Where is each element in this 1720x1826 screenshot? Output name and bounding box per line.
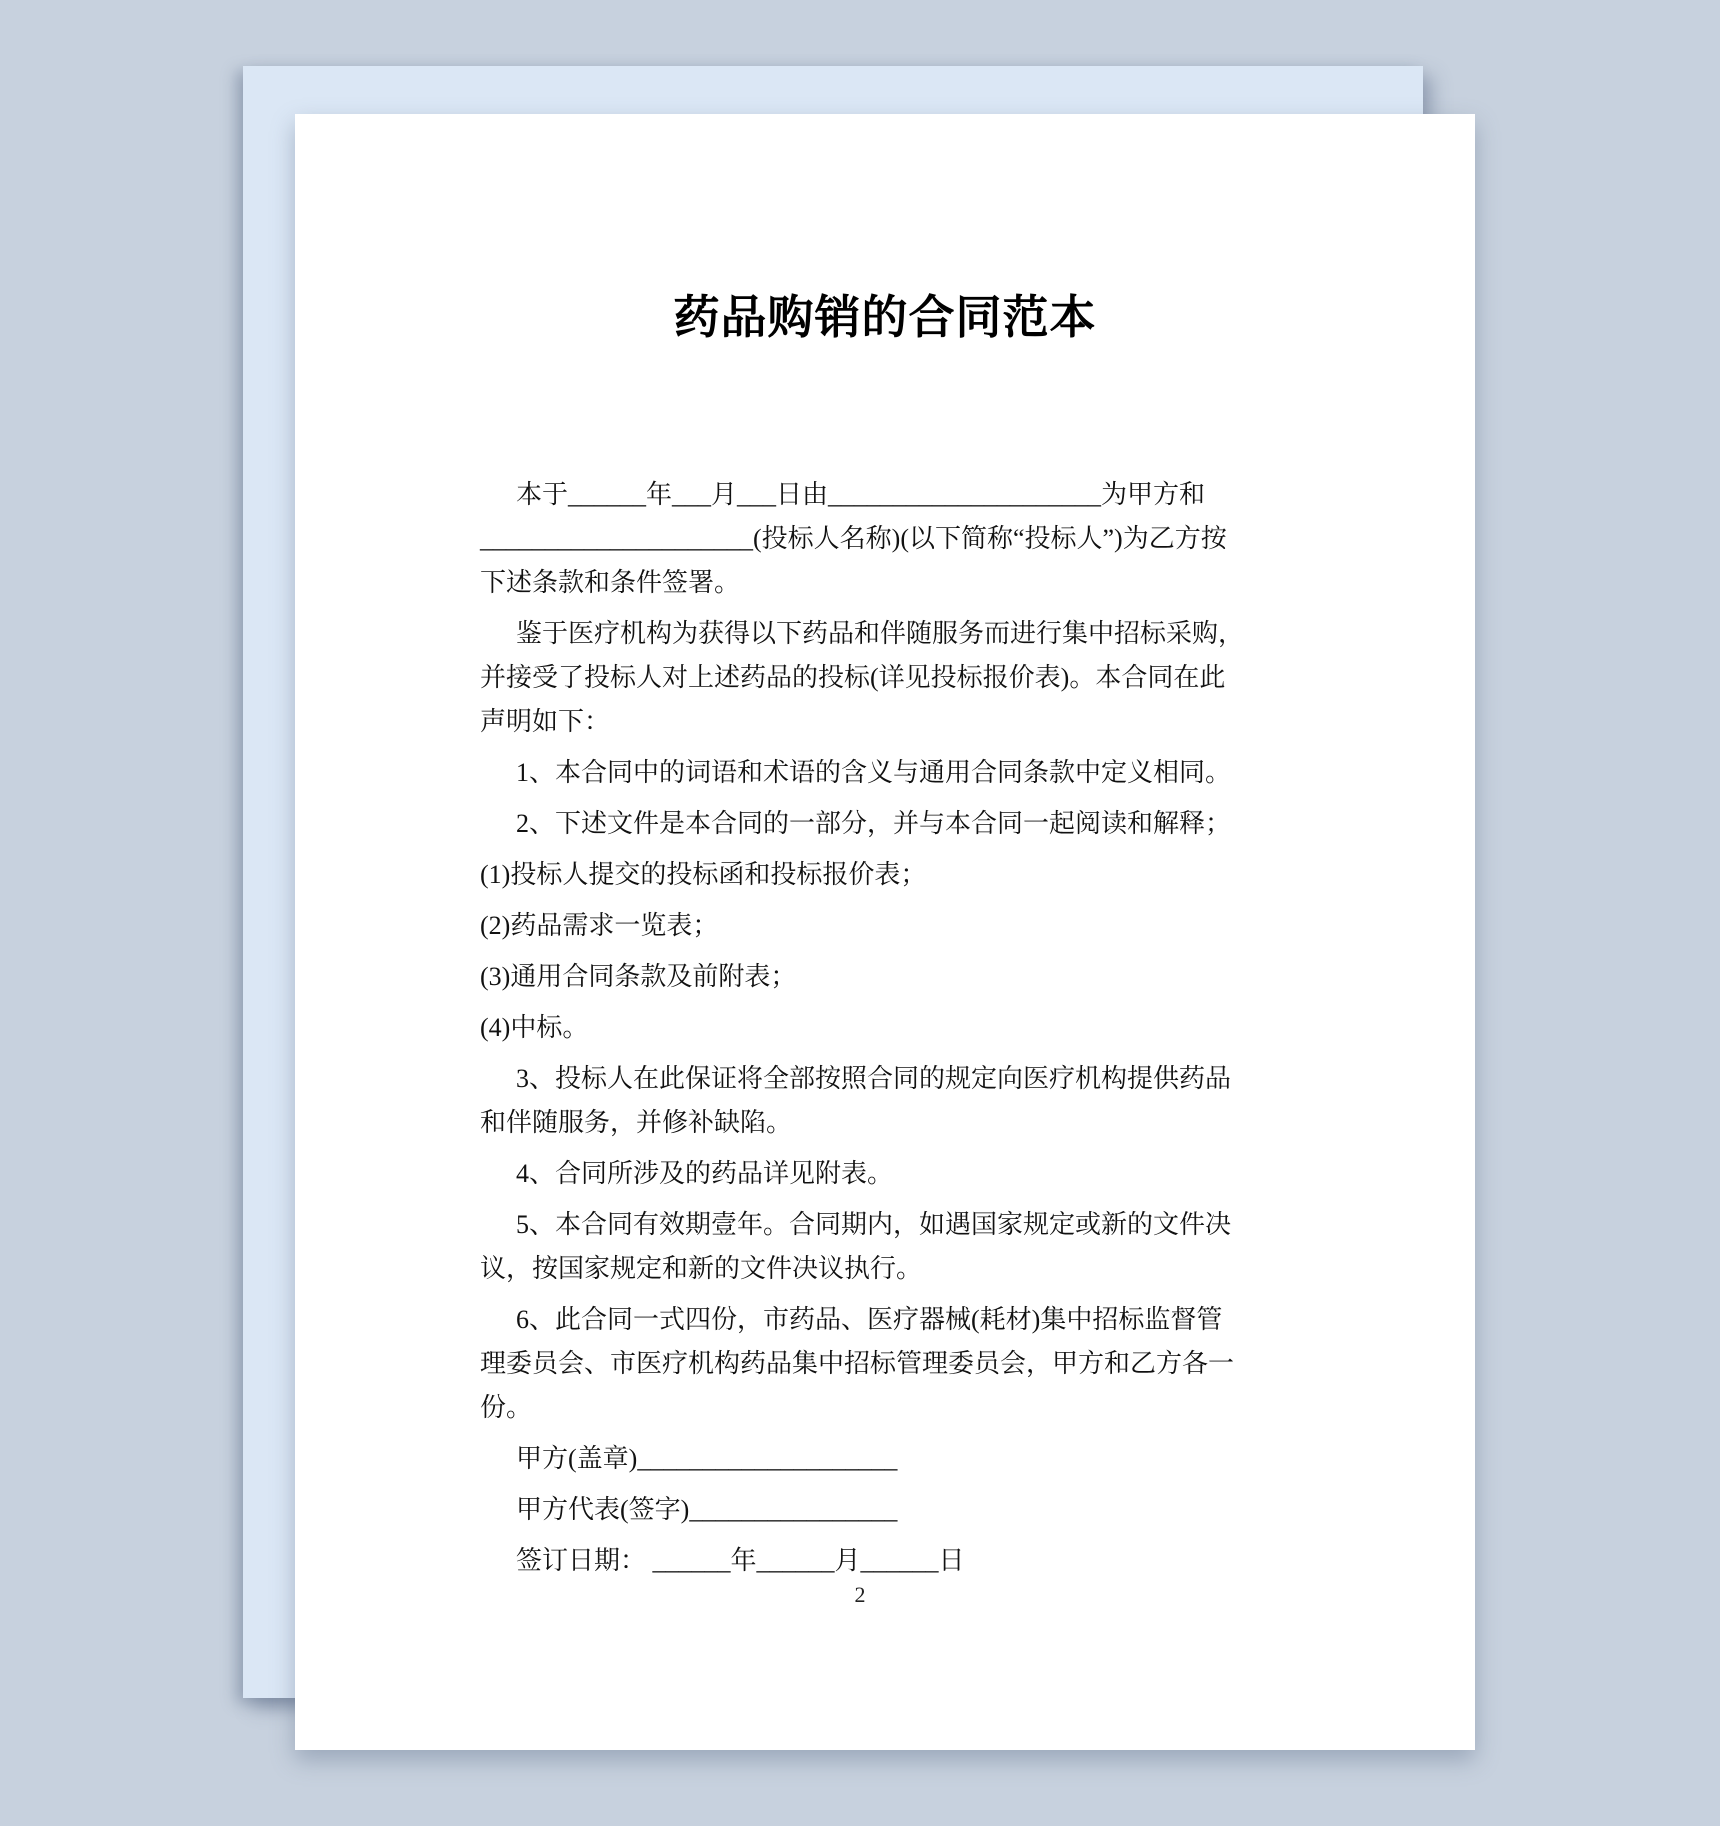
document-line: 2、下述文件是本合同的一部分，并与本合同一起阅读和解释； (480, 802, 1250, 846)
desk-background: { "document": { "title": "药品购销的合同范本", "p… (0, 0, 1720, 1826)
document-line: 3、投标人在此保证将全部按照合同的规定向医疗机构提供药品 (480, 1057, 1250, 1101)
document-line: 份。 (480, 1386, 1250, 1430)
document-title: 药品购销的合同范本 (295, 114, 1475, 344)
document-line: 议，按国家规定和新的文件决议执行。 (480, 1247, 1250, 1291)
document-line: 理委员会、市医疗机构药品集中招标管理委员会，甲方和乙方各一 (480, 1342, 1250, 1386)
document-line: 6、此合同一式四份，市药品、医疗器械(耗材)集中招标监督管 (480, 1298, 1250, 1342)
document-line: 5、本合同有效期壹年。合同期内，如遇国家规定或新的文件决 (480, 1203, 1250, 1247)
document-line: 和伴随服务，并修补缺陷。 (480, 1101, 1250, 1145)
document-body: 本于______年___月___日由_____________________为… (480, 473, 1250, 1583)
document-line: 并接受了投标人对上述药品的投标(详见投标报价表)。本合同在此 (480, 656, 1250, 700)
document-line: 鉴于医疗机构为获得以下药品和伴随服务而进行集中招标采购， (480, 612, 1250, 656)
document-line: 声明如下： (480, 700, 1250, 744)
document-line: 1、本合同中的词语和术语的含义与通用合同条款中定义相同。 (480, 751, 1250, 795)
document-line: (3)通用合同条款及前附表； (480, 955, 1250, 999)
document-line: (2)药品需求一览表； (480, 904, 1250, 948)
document-page: 药品购销的合同范本 本于______年___月___日由____________… (295, 114, 1475, 1750)
document-line: 本于______年___月___日由_____________________为… (480, 473, 1250, 517)
document-line: 下述条款和条件签署。 (480, 561, 1250, 605)
page-number: 2 (480, 1582, 1240, 1608)
document-line: 4、合同所涉及的药品详见附表。 (480, 1152, 1250, 1196)
document-line: 甲方(盖章)____________________ (480, 1437, 1250, 1481)
document-line: 签订日期： ______年______月______日 (480, 1539, 1250, 1583)
document-line: (4)中标。 (480, 1006, 1250, 1050)
document-line: _____________________(投标人名称)(以下简称“投标人”)为… (480, 517, 1250, 561)
document-line: (1)投标人提交的投标函和投标报价表； (480, 853, 1250, 897)
document-line: 甲方代表(签字)________________ (480, 1488, 1250, 1532)
